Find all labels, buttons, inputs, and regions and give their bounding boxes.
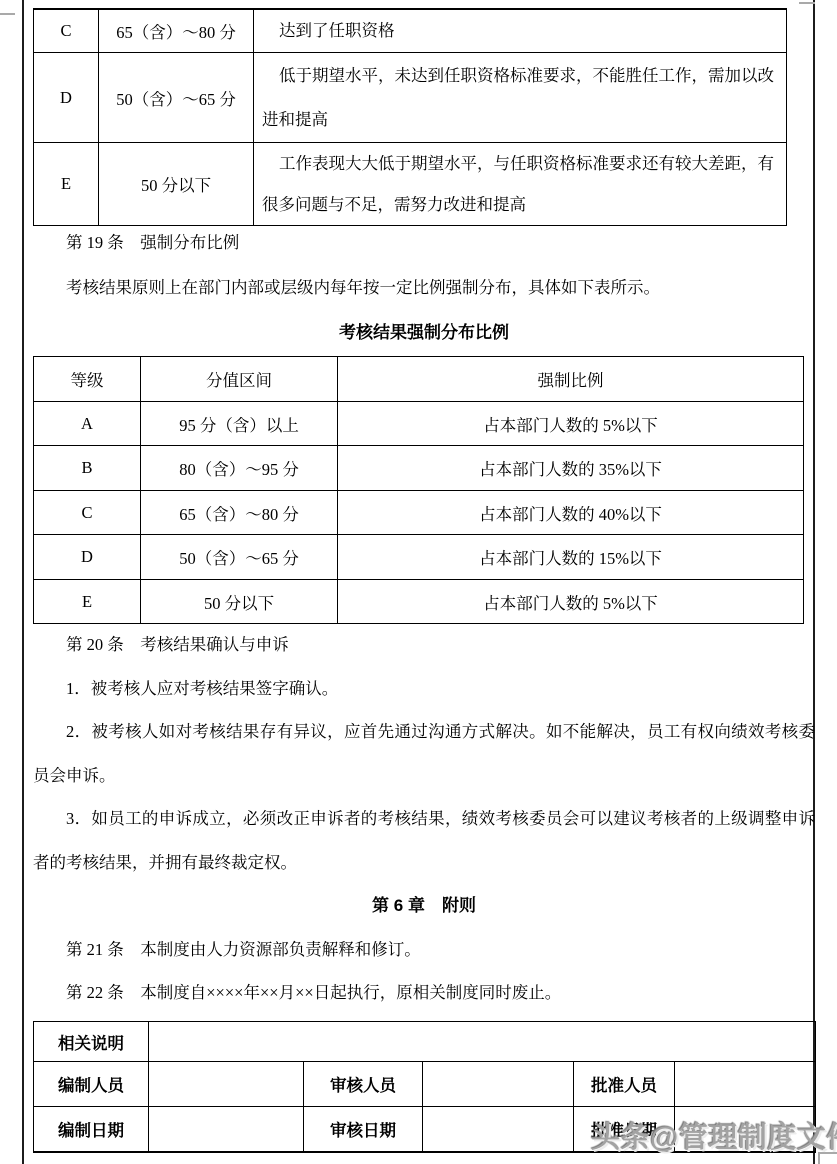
grade-description: 达到了任职资格 — [254, 9, 787, 53]
grade-row-d: D 50（含）～65 分 低于期望水平，未达到任职资格标准要求，不能胜任工作，需… — [34, 53, 787, 143]
range-cell: 95 分（含）以上 — [141, 402, 338, 446]
grade-row-e: E 50 分以下 工作表现大大低于期望水平，与任职资格标准要求还有较大差距，有很… — [34, 143, 787, 226]
grade-cell: B — [34, 446, 141, 491]
article-19-block: 第 19 条 强制分布比例 考核结果原则上在部门内部或层级内每年按一定比例强制分… — [33, 220, 815, 355]
distribution-row-c: C 65（含）～80 分 占本部门人数的 40%以下 — [34, 491, 804, 535]
ratio-cell: 占本部门人数的 35%以下 — [338, 446, 804, 491]
score-range: 50 分以下 — [99, 143, 254, 226]
distribution-table: 等级 分值区间 强制比例 A 95 分（含）以上 占本部门人数的 5%以下 B … — [33, 356, 804, 624]
ratio-cell: 占本部门人数的 15%以下 — [338, 535, 804, 580]
grade-row-c: C 65（含）～80 分 达到了任职资格 — [34, 9, 787, 53]
ratio-cell: 占本部门人数的 5%以下 — [338, 580, 804, 624]
article-22: 第 22 条 本制度自××××年××月××日起执行，原相关制度同时废止。 — [33, 971, 815, 1015]
ratio-cell: 占本部门人数的 40%以下 — [338, 491, 804, 535]
appeal-item-3: 3．如员工的申诉成立，必须改正申诉者的考核结果，绩效考核委员会可以建议考核者的上… — [33, 797, 815, 884]
grade-cell: A — [34, 402, 141, 446]
review-date-value-cell — [423, 1107, 574, 1152]
appeal-item-2: 2．被考核人如对考核结果存有异议，应首先通过沟通方式解决。如不能解决，员工有权向… — [33, 710, 815, 797]
watermark-text: 头条@管理制度文件 — [591, 1115, 837, 1156]
chapter-6-heading: 第 6 章 附则 — [33, 884, 815, 928]
column-header-grade: 等级 — [34, 357, 141, 402]
crop-mark-top-left — [0, 13, 15, 15]
prepared-date-label: 编制日期 — [34, 1107, 149, 1152]
personnel-row: 编制人员 审核人员 批准人员 — [34, 1062, 816, 1107]
grade-letter: D — [34, 53, 99, 143]
grade-cell: C — [34, 491, 141, 535]
grade-description: 工作表现大大低于期望水平，与任职资格标准要求还有较大差距，有很多问题与不足，需努… — [254, 143, 787, 226]
review-date-label: 审核日期 — [304, 1107, 423, 1152]
distribution-row-a: A 95 分（含）以上 占本部门人数的 5%以下 — [34, 402, 804, 446]
crop-mark-top-right — [799, 2, 815, 4]
column-header-ratio: 强制比例 — [338, 357, 804, 402]
related-notes-label: 相关说明 — [34, 1022, 149, 1062]
document-page: { "grade_table": { "rows": [ {"grade": "… — [0, 0, 837, 1164]
distribution-row-e: E 50 分以下 占本部门人数的 5%以下 — [34, 580, 804, 624]
reviewed-by-value-cell — [423, 1062, 574, 1107]
range-cell: 50（含）～65 分 — [141, 535, 338, 580]
grade-letter: C — [34, 9, 99, 53]
range-cell: 80（含）～95 分 — [141, 446, 338, 491]
grade-cell: E — [34, 580, 141, 624]
grade-description: 低于期望水平，未达到任职资格标准要求，不能胜任工作，需加以改进和提高 — [254, 53, 787, 143]
article-19-body: 考核结果原则上在部门内部或层级内每年按一定比例强制分布，具体如下表所示。 — [33, 265, 815, 310]
ratio-cell: 占本部门人数的 5%以下 — [338, 402, 804, 446]
distribution-table-title: 考核结果强制分布比例 — [33, 310, 815, 355]
column-header-range: 分值区间 — [141, 357, 338, 402]
distribution-header-row: 等级 分值区间 强制比例 — [34, 357, 804, 402]
prepared-by-label: 编制人员 — [34, 1062, 149, 1107]
grade-letter: E — [34, 143, 99, 226]
range-cell: 65（含）～80 分 — [141, 491, 338, 535]
distribution-row-b: B 80（含）～95 分 占本部门人数的 35%以下 — [34, 446, 804, 491]
reviewed-by-label: 审核人员 — [304, 1062, 423, 1107]
range-cell: 50 分以下 — [141, 580, 338, 624]
prepared-date-value-cell — [149, 1107, 304, 1152]
approved-by-label: 批准人员 — [574, 1062, 675, 1107]
related-notes-value-cell — [149, 1022, 816, 1062]
related-notes-row: 相关说明 — [34, 1022, 816, 1062]
appeal-item-1: 1．被考核人应对考核结果签字确认。 — [33, 667, 815, 711]
score-range: 65（含）～80 分 — [99, 9, 254, 53]
article-20-block: 第 20 条 考核结果确认与申诉 1．被考核人应对考核结果签字确认。 2．被考核… — [33, 623, 815, 1015]
page-border-left — [22, 0, 24, 1164]
score-range: 50（含）～65 分 — [99, 53, 254, 143]
grade-scale-table: C 65（含）～80 分 达到了任职资格 D 50（含）～65 分 低于期望水平… — [33, 8, 787, 226]
grade-cell: D — [34, 535, 141, 580]
distribution-row-d: D 50（含）～65 分 占本部门人数的 15%以下 — [34, 535, 804, 580]
article-21: 第 21 条 本制度由人力资源部负责解释和修订。 — [33, 928, 815, 972]
article-19-heading: 第 19 条 强制分布比例 — [33, 220, 815, 265]
approved-by-value-cell — [675, 1062, 816, 1107]
prepared-by-value-cell — [149, 1062, 304, 1107]
article-20-heading: 第 20 条 考核结果确认与申诉 — [33, 623, 815, 667]
